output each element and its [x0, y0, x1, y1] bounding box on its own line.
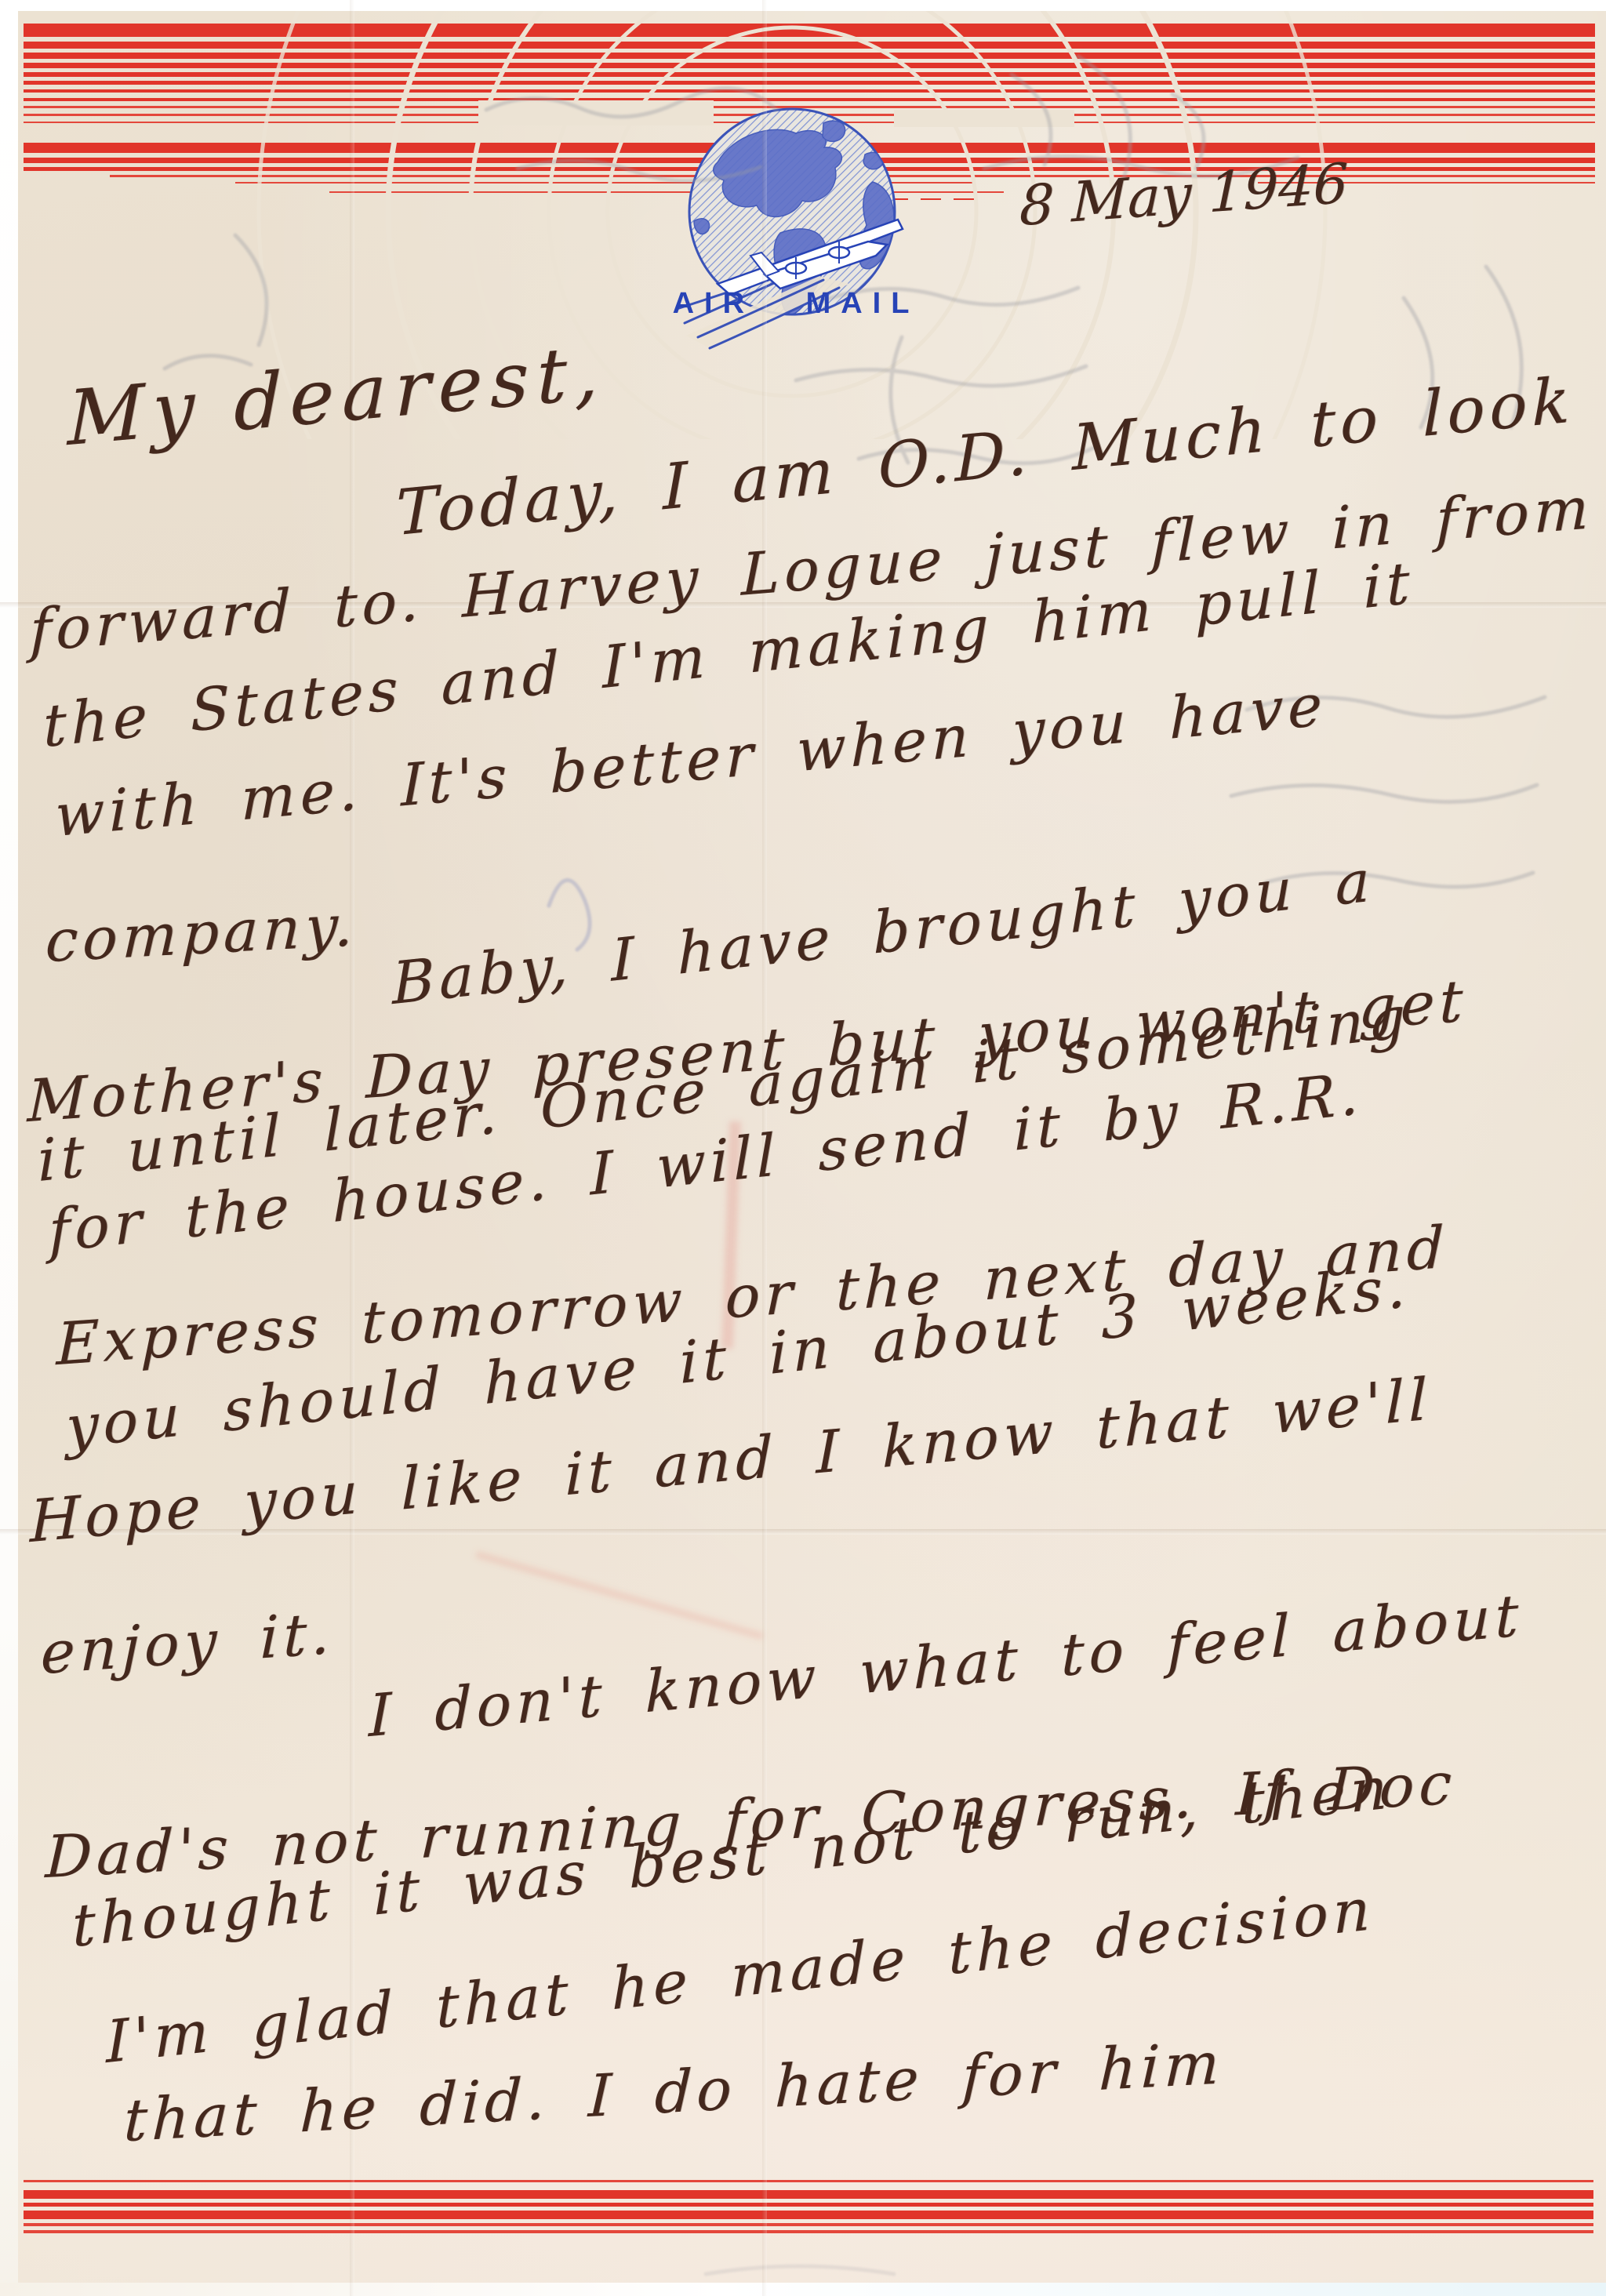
red-stripe: [24, 2190, 1593, 2199]
letterhead-stripes-bottom: [24, 2180, 1593, 2243]
red-stripe: [24, 2180, 1593, 2182]
red-stripe: [24, 53, 1595, 59]
red-stripe: [24, 2211, 1593, 2219]
scan-edge-left: [0, 0, 18, 2296]
airmail-label: AIR MAIL: [653, 287, 939, 321]
scan-edge-top: [0, 0, 1606, 11]
red-stripe: [24, 2203, 1593, 2207]
letter-line: I don't know what to feel about: [369, 1582, 1523, 1750]
red-stripe: [24, 81, 1595, 85]
letter-line: company.: [44, 892, 358, 975]
red-stripe: [24, 2223, 1593, 2226]
red-stripe: [24, 42, 1595, 49]
letter-salutation: My dearest,: [67, 328, 606, 463]
red-stripe: [24, 72, 1595, 77]
letter-line: enjoy it.: [40, 1600, 335, 1687]
pink-ink-smudge: [475, 1551, 764, 1640]
red-stripe: [24, 63, 1595, 68]
letter-paper: AIR MAIL 8 May 1946 My dearest, Today, I…: [0, 0, 1606, 2296]
red-stripe: [24, 2230, 1593, 2233]
red-stripe: [24, 24, 1595, 37]
scanned-letter-canvas: AIR MAIL 8 May 1946 My dearest, Today, I…: [0, 0, 1606, 2296]
scan-edge-bottom: [0, 2283, 1606, 2296]
